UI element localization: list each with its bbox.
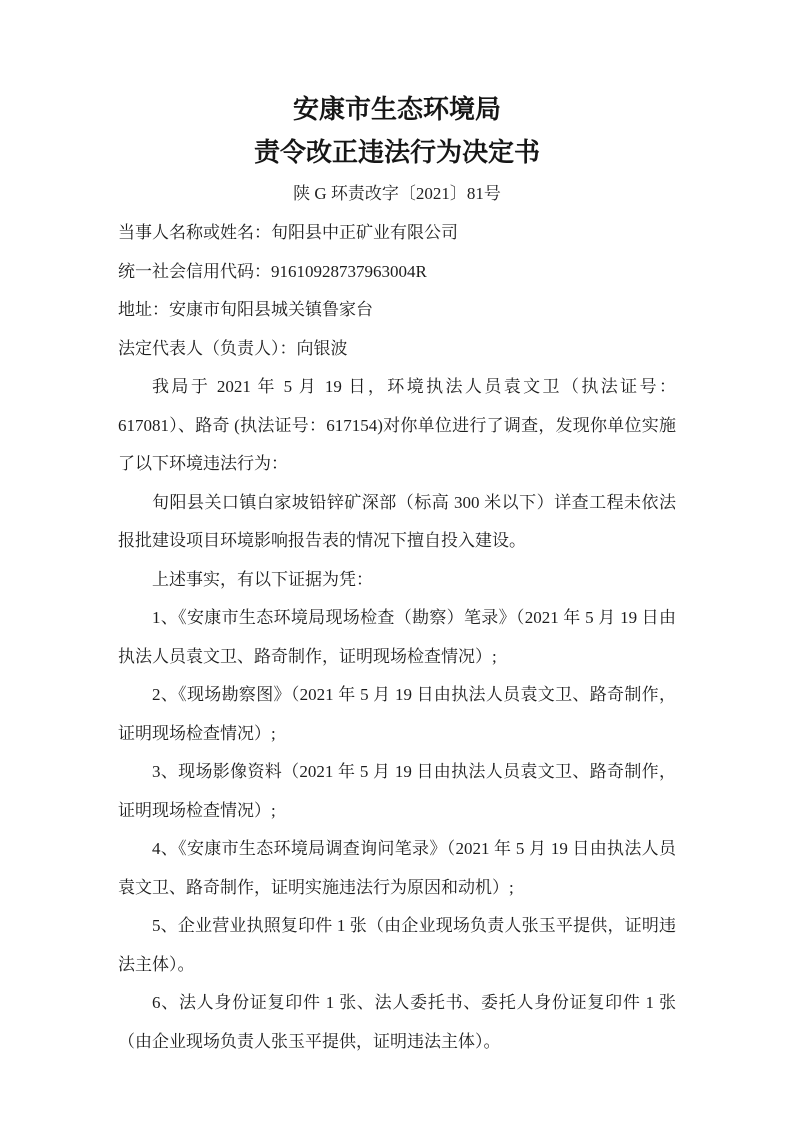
paragraph-investigation: 我局于 2021 年 5 月 19 日，环境执法人员袁文卫（执法证号：61708… bbox=[118, 368, 676, 484]
evidence-item-5: 5、企业营业执照复印件 1 张（由企业现场负责人张玉平提供，证明违法主体）。 bbox=[118, 907, 676, 984]
document-number: 陕 G 环责改字〔2021〕81号 bbox=[118, 180, 676, 208]
document-page: 安康市生态环境局 责令改正违法行为决定书 陕 G 环责改字〔2021〕81号 当… bbox=[0, 0, 793, 1121]
info-line-party-name: 当事人名称或姓名：旬阳县中正矿业有限公司 bbox=[118, 214, 676, 253]
document-title-line2: 责令改正违法行为决定书 bbox=[254, 137, 540, 167]
info-line-address: 地址：安康市旬阳县城关镇鲁家台 bbox=[118, 291, 676, 330]
evidence-item-2: 2、《现场勘察图》（2021 年 5 月 19 日由执法人员袁文卫、路奇制作，证… bbox=[118, 676, 676, 753]
evidence-item-4: 4、《安康市生态环境局调查询问笔录》（2021 年 5 月 19 日由执法人员袁… bbox=[118, 830, 676, 907]
document-body: 当事人名称或姓名：旬阳县中正矿业有限公司 统一社会信用代码：9161092873… bbox=[118, 214, 676, 1061]
paragraph-violation: 旬阳县关口镇白家坡铅锌矿深部（标高 300 米以下）详查工程未依法报批建设项目环… bbox=[118, 484, 676, 561]
evidence-item-6: 6、法人身份证复印件 1 张、法人委托书、委托人身份证复印件 1 张（由企业现场… bbox=[118, 984, 676, 1061]
document-title: 安康市生态环境局 责令改正违法行为决定书 bbox=[118, 88, 676, 174]
info-line-legal-representative: 法定代表人（负责人）：向银波 bbox=[118, 330, 676, 369]
evidence-item-3: 3、现场影像资料（2021 年 5 月 19 日由执法人员袁文卫、路奇制作，证明… bbox=[118, 753, 676, 830]
document-title-line1: 安康市生态环境局 bbox=[293, 94, 501, 124]
paragraph-evidence-intro: 上述事实，有以下证据为凭： bbox=[118, 561, 676, 600]
evidence-item-1: 1、《安康市生态环境局现场检查（勘察）笔录》（2021 年 5 月 19 日由执… bbox=[118, 599, 676, 676]
info-line-credit-code: 统一社会信用代码：91610928737963004R bbox=[118, 253, 676, 292]
